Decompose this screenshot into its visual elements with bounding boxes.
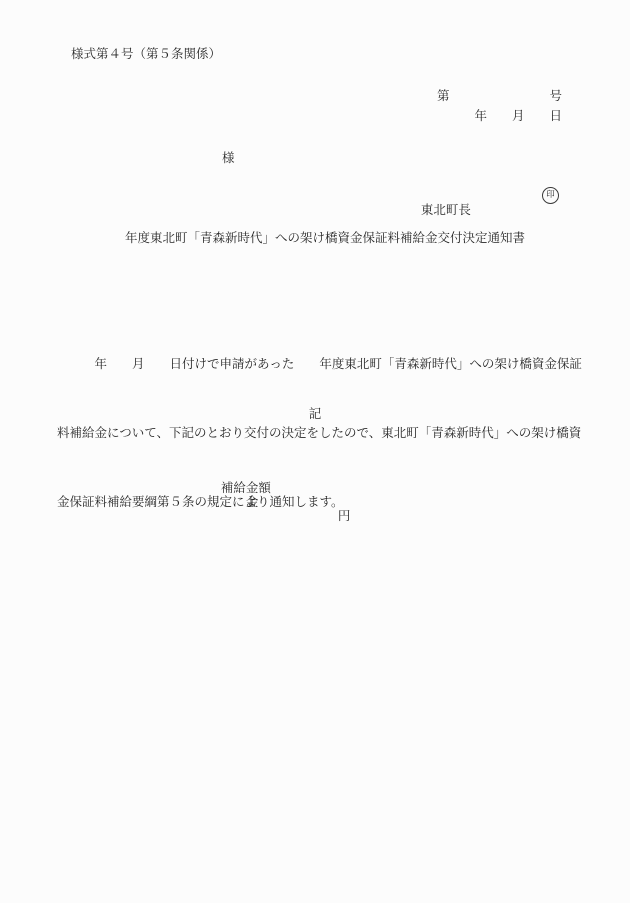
document-page: 様式第４号（第５条関係） 第 号 年 月 日 様 東北町長 印 年度東北町「青森… [0,0,630,903]
amount-currency-prefix: 金 [246,495,259,509]
sender-title: 東北町長 [421,203,471,217]
document-date-line: 年 月 日 [474,109,562,123]
addressee-honorific: 様 [222,151,235,165]
document-number-line: 第 号 [437,89,562,103]
document-title: 年度東北町「青森新時代」への架け橋資金保証料補給金交付決定通知書 [125,231,525,245]
amount-label: 補給金額 [221,481,271,495]
amount-line: 補給金額 金 円 [205,467,350,537]
record-section-marker: 記 [0,407,630,421]
body-line: 年 月 日付けで申請があった 年度東北町「青森新時代」への架け橋資金保証 [57,352,579,375]
form-style-label: 様式第４号（第５条関係） [71,47,221,61]
seal-mark-icon: 印 [542,187,559,204]
amount-currency-suffix: 円 [338,509,351,523]
body-line: 料補給金について、下記のとおり交付の決定をしたので、東北町「青森新時代」への架け… [57,421,579,444]
